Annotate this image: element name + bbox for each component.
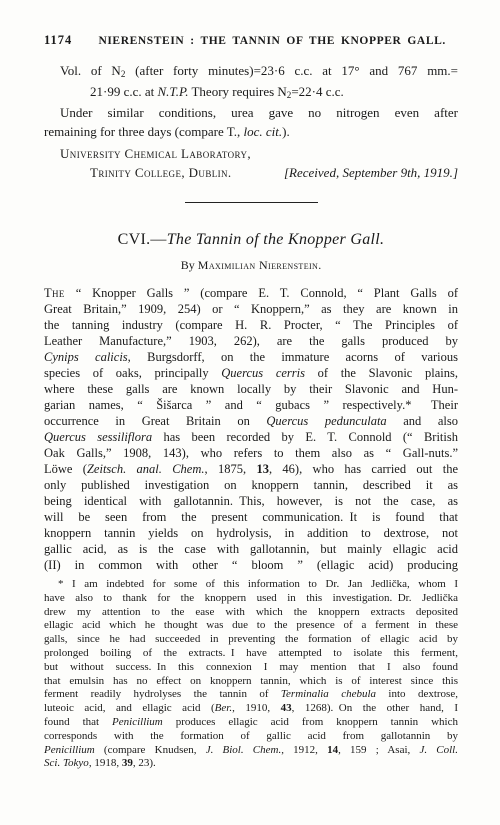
- laboratory-line-2-row: Trinity College, Dublin. [Received, Sept…: [44, 163, 458, 182]
- laboratory-line-1: University Chemical Laboratory,: [44, 144, 458, 163]
- text-line: Sci. Tokyo, 1918, 39, 23).: [44, 757, 458, 771]
- text-line: garian names, “ Šišarca ” and “ gubacs ”…: [44, 397, 458, 413]
- article-byline: By Maximilian Nierenstein.: [44, 257, 458, 273]
- text-segment: that emulsin has no effect on knoppern t…: [44, 675, 458, 687]
- college-name: Trinity College, Dublin.: [44, 163, 232, 182]
- text-segment: J. Biol. Chem.: [206, 744, 282, 756]
- text-line: knoppern tannin yields on hydrolysis, in…: [44, 525, 458, 541]
- text-line: Under similar conditions, urea gave no n…: [44, 103, 458, 122]
- text-segment: , 46), who has carried out the: [269, 462, 458, 476]
- laboratory-address: University Chemical Laboratory, Trinity …: [44, 144, 458, 182]
- text-segment: Quercus pedunculata: [266, 414, 386, 428]
- text-segment: 43: [281, 702, 292, 714]
- text-segment: Maximilian Nierenstein: [198, 258, 318, 272]
- text-segment: , 1910,: [232, 702, 281, 714]
- text-line: Quercus sessiliflora has been recorded b…: [44, 429, 458, 445]
- text-line: corresponds with the formation of gallic…: [44, 730, 458, 744]
- text-line: occurrence in Great Britain on Quercus p…: [44, 413, 458, 429]
- text-segment: By: [181, 258, 198, 272]
- text-segment: Leather Manufacture,” 1903, 262), are th…: [44, 334, 458, 348]
- text-segment: will be seen from the present communicat…: [44, 510, 458, 524]
- text-segment: Sci. Tokyo: [44, 757, 89, 769]
- text-segment: (II) in common with other “ bloom ” (ell…: [44, 558, 458, 572]
- text-segment: have also to thank for the knoppern used…: [44, 592, 458, 604]
- text-segment: Quercus sessiliflora: [44, 430, 152, 444]
- text-line: being identical with gallotannin. This, …: [44, 493, 458, 509]
- text-segment: loc. cit.: [244, 124, 283, 139]
- text-segment: species of oaks, principally: [44, 366, 221, 380]
- text-line: will be seen from the present communicat…: [44, 509, 458, 525]
- text-segment: J. Coll.: [419, 744, 458, 756]
- text-segment: galls, since he had succeeded in prevent…: [44, 633, 458, 645]
- text-segment: occurrence in Great Britain on: [44, 414, 266, 428]
- text-segment: 13: [256, 462, 269, 476]
- text-line: Vol. of N2 (after forty minutes)=23·6 c.…: [44, 61, 458, 82]
- text-segment: ferment readily hydrolyses the tannin of: [44, 688, 281, 700]
- text-segment: ellagic acid which he thought was due to…: [44, 619, 458, 631]
- text-segment: remaining for three days (compare T.,: [44, 124, 244, 139]
- text-segment: Theory requires N: [188, 84, 286, 99]
- text-line: Löwe (Zeitsch. anal. Chem., 1875, 13, 46…: [44, 461, 458, 477]
- text-segment: * I am indebted for some of this informa…: [58, 578, 458, 590]
- text-line: drew my attention to the ease with which…: [44, 606, 458, 620]
- article-body: The “ Knopper Galls ” (compare E. T. Con…: [44, 285, 458, 573]
- text-segment: 14: [327, 744, 338, 756]
- text-line: The “ Knopper Galls ” (compare E. T. Con…: [44, 285, 458, 301]
- text-segment: =22·4 c.c.: [291, 84, 343, 99]
- text-segment: .: [318, 258, 321, 272]
- text-line: Leather Manufacture,” 1903, 262), are th…: [44, 333, 458, 349]
- text-segment: Löwe (: [44, 462, 87, 476]
- text-segment: where these galls are known locally by t…: [44, 382, 458, 396]
- text-segment: being identical with gallotannin. This, …: [44, 494, 458, 508]
- text-line: Great Britain,” 1909, 254) or “ Knoppern…: [44, 301, 458, 317]
- text-segment: The: [44, 286, 65, 300]
- text-segment: prolonged boiling of the extracts. I hav…: [44, 647, 458, 659]
- footnote: * I am indebted for some of this informa…: [44, 578, 458, 771]
- text-line: Penicillium (compare Knudsen, J. Biol. C…: [44, 744, 458, 758]
- front-matter: Vol. of N2 (after forty minutes)=23·6 c.…: [44, 61, 458, 182]
- text-segment: and also: [387, 414, 458, 428]
- text-segment: , 1918,: [89, 757, 122, 769]
- text-segment: Penicillium: [44, 744, 95, 756]
- laboratory-name: University Chemical Laboratory,: [60, 146, 251, 161]
- text-line: * I am indebted for some of this informa…: [44, 578, 458, 592]
- text-line: where these galls are known locally by t…: [44, 381, 458, 397]
- text-segment: ).: [282, 124, 290, 139]
- text-segment: Vol. of N: [60, 63, 121, 78]
- text-segment: 21·99 c.c. at: [90, 84, 158, 99]
- text-line: galls, since he had succeeded in prevent…: [44, 633, 458, 647]
- text-segment: corresponds with the formation of gallic…: [44, 730, 458, 742]
- text-segment: Terminalia chebula: [281, 688, 376, 700]
- text-segment: Received, September 9th, 1919.: [289, 165, 453, 180]
- text-segment: , 23).: [133, 757, 156, 769]
- text-segment: drew my attention to the ease with which…: [44, 606, 458, 618]
- text-line: prolonged boiling of the extracts. I hav…: [44, 647, 458, 661]
- urea-control-note: Under similar conditions, urea gave no n…: [44, 103, 458, 141]
- text-segment: , Burgsdorff, on the immature acorns of …: [128, 350, 458, 364]
- nitrogen-volume-result: Vol. of N2 (after forty minutes)=23·6 c.…: [44, 61, 458, 103]
- text-segment: , 1912,: [281, 744, 327, 756]
- text-line: species of oaks, principally Quercus cer…: [44, 365, 458, 381]
- text-segment: 2: [121, 69, 126, 79]
- text-segment: ]: [453, 165, 458, 180]
- text-segment: 39: [122, 757, 133, 769]
- text-segment: found that: [44, 716, 112, 728]
- text-segment: produces ellagic acid from knoppern tann…: [163, 716, 458, 728]
- section-divider-rule: [185, 202, 318, 203]
- running-header: 1174 NIERENSTEIN : THE TANNIN OF THE KNO…: [44, 34, 458, 47]
- text-segment: Ber.: [215, 702, 232, 714]
- text-line: (II) in common with other “ bloom ” (ell…: [44, 557, 458, 573]
- text-segment: Under similar conditions, urea gave no n…: [60, 105, 458, 120]
- text-line: ellagic acid which he thought was due to…: [44, 619, 458, 633]
- text-segment: Penicillium: [112, 716, 163, 728]
- text-segment: , 1875,: [205, 462, 257, 476]
- text-segment: Quercus cerris: [221, 366, 305, 380]
- text-segment: Cynips calicis: [44, 350, 128, 364]
- text-segment: The Tannin of the Knopper Gall.: [167, 231, 385, 248]
- text-segment: knoppern tannin yields on hydrolysis, in…: [44, 526, 458, 540]
- text-segment: CVI.—: [118, 231, 167, 248]
- text-line: ferment readily hydrolyses the tannin of…: [44, 688, 458, 702]
- journal-page: 1174 NIERENSTEIN : THE TANNIN OF THE KNO…: [0, 0, 500, 825]
- text-segment: (compare Knudsen,: [95, 744, 206, 756]
- received-date: [Received, September 9th, 1919.]: [284, 163, 458, 182]
- text-line: the tanning industry (compare H. R. Proc…: [44, 317, 458, 333]
- text-line: luteoic acid, and ellagic acid (Ber., 19…: [44, 702, 458, 716]
- text-line: Cynips calicis, Burgsdorff, on the immat…: [44, 349, 458, 365]
- page-number: 1174: [44, 34, 72, 46]
- text-line: remaining for three days (compare T., lo…: [44, 122, 458, 141]
- text-segment: , 1268). On the other hand, I: [292, 702, 458, 714]
- text-segment: Oak Galls,” 1908, 143), who refers to th…: [44, 446, 458, 460]
- text-segment: of the Slavonic plains,: [305, 366, 458, 380]
- text-segment: but without success. In this connexion I…: [44, 661, 458, 673]
- text-segment: gallic acid, as is the case with gallota…: [44, 542, 458, 556]
- text-line: that emulsin has no effect on knoppern t…: [44, 675, 458, 689]
- text-line: have also to thank for the knoppern used…: [44, 592, 458, 606]
- text-segment: luteoic acid, and ellagic acid (: [44, 702, 215, 714]
- text-line: gallic acid, as is the case with gallota…: [44, 541, 458, 557]
- article-title: CVI.—The Tannin of the Knopper Gall.: [44, 229, 458, 251]
- text-segment: only published investigation on knoppern…: [44, 478, 458, 492]
- text-line: but without success. In this connexion I…: [44, 661, 458, 675]
- text-segment: garian names, “ Šišarca ” and “ gubacs ”…: [44, 398, 458, 412]
- text-segment: has been recorded by E. T. Connold (“ Br…: [152, 430, 458, 444]
- running-title: NIERENSTEIN : THE TANNIN OF THE KNOPPER …: [86, 35, 458, 47]
- text-segment: Great Britain,” 1909, 254) or “ Knoppern…: [44, 302, 458, 316]
- text-line: found that Penicillium produces ellagic …: [44, 716, 458, 730]
- text-segment: “ Knopper Galls ” (compare E. T. Connold…: [65, 286, 458, 300]
- text-line: 21·99 c.c. at N.T.P. Theory requires N2=…: [44, 82, 458, 103]
- text-line: Oak Galls,” 1908, 143), who refers to th…: [44, 445, 458, 461]
- text-segment: Zeitsch. anal. Chem.: [87, 462, 205, 476]
- text-segment: the tanning industry (compare H. R. Proc…: [44, 318, 458, 332]
- text-line: only published investigation on knoppern…: [44, 477, 458, 493]
- text-segment: N.T.P.: [158, 84, 189, 99]
- text-segment: , 159 ; Asai,: [338, 744, 419, 756]
- text-segment: into dextrose,: [376, 688, 458, 700]
- text-segment: (after forty minutes)=23·6 c.c. at 17° a…: [125, 63, 458, 78]
- text-segment: 2: [287, 90, 292, 100]
